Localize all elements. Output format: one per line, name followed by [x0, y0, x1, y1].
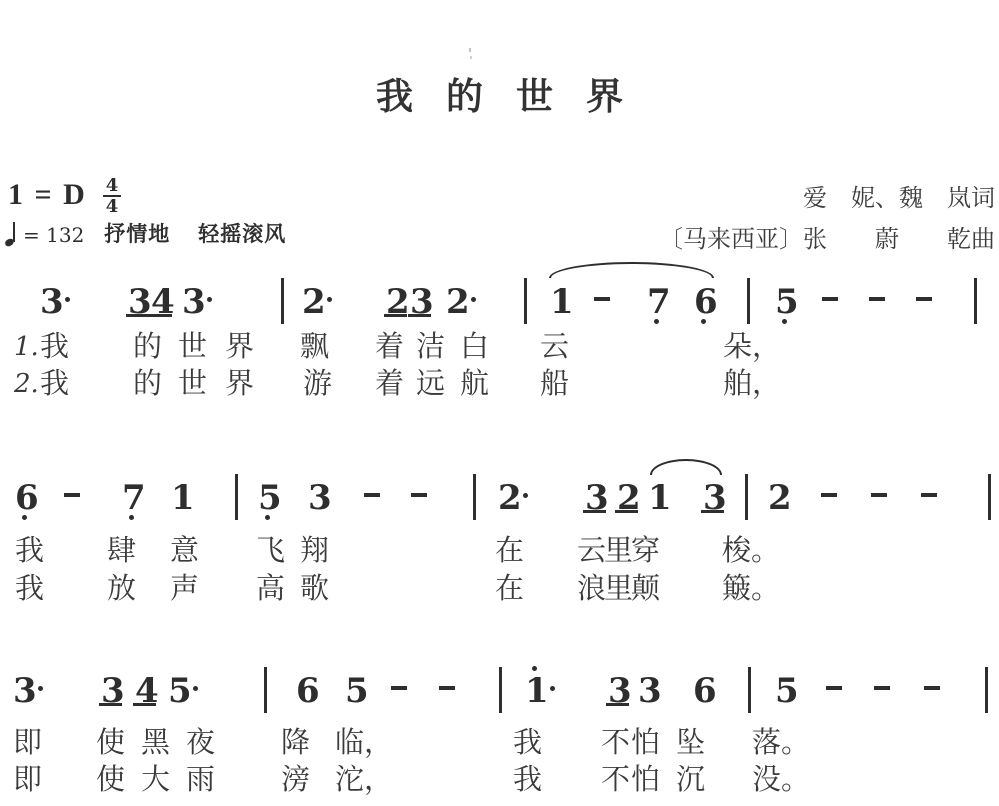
lyric-word: 云 [540, 332, 569, 362]
note-6: 6 [694, 284, 716, 322]
lyric-word: 夜 [186, 728, 215, 758]
quarter-note-icon [5, 221, 17, 247]
lyric-word: 穿 [631, 536, 660, 566]
lyric-word: 飞 [256, 536, 285, 566]
lyric-word: 降 [281, 728, 310, 758]
lyric-word: 颠 [631, 574, 660, 604]
barline [473, 474, 476, 520]
lyric-word: 肆 [107, 536, 136, 566]
lyric-word: 放 [107, 574, 136, 604]
note-digit: 3 [182, 282, 206, 322]
eighth-underline [583, 510, 606, 513]
note-digit: 5 [345, 671, 369, 711]
augmentation-dot [471, 297, 476, 302]
note-1: 1 [648, 480, 670, 518]
lyric-word: 着 [375, 369, 404, 399]
eighth-underline [615, 510, 638, 513]
octave-dot-low [129, 515, 134, 520]
lyric-word: 雨 [186, 765, 215, 795]
octave-dot-low [654, 319, 659, 324]
note-digit: 5 [775, 282, 799, 322]
lyric-word: 浪 [577, 574, 606, 604]
note-digit: 2 [302, 282, 326, 322]
note-6: 6 [693, 673, 715, 711]
barline [974, 278, 977, 324]
lyric-word: 的 [133, 332, 162, 362]
time-signature: 4 4 [103, 177, 122, 215]
lyric-word: 没。 [752, 765, 810, 795]
lyric-word: 2. [14, 369, 39, 399]
lyric-word: 1. [14, 332, 39, 362]
lyric-word: 远 [416, 369, 445, 399]
barline [988, 474, 991, 520]
note-digit: 3 [638, 671, 662, 711]
scan-artifact-mark [470, 56, 472, 59]
note-3: 3 [638, 673, 660, 711]
lyric-word: 大 [141, 765, 170, 795]
lyric-word: 声 [170, 574, 199, 604]
dash-extension [64, 493, 80, 497]
barline [281, 278, 284, 324]
lyric-word: 舶， [723, 369, 781, 399]
note-digit: 2 [498, 478, 522, 518]
lyric-word: 我 [513, 765, 542, 795]
dash-extension [821, 493, 837, 497]
lyric-word: 着 [375, 332, 404, 362]
lyricist-credit: 爱 妮、魏 岚词 [803, 185, 995, 213]
note-5: 5 [345, 673, 367, 711]
dash-extension [826, 686, 842, 690]
note-3: 3 [608, 673, 630, 711]
tempo-marking: = 132 抒情地 轻摇滚风 [5, 221, 286, 247]
lyric-word: 的 [133, 369, 162, 399]
key-text: 1 = D [8, 179, 87, 211]
note-2: 2 [302, 284, 324, 322]
lyric-word: 我 [40, 332, 69, 362]
note-digit: 6 [694, 282, 718, 322]
octave-dot-high [532, 666, 537, 671]
note-5: 5 [258, 480, 280, 518]
lyric-word: 世 [178, 332, 207, 362]
note-2: 2 [768, 480, 790, 518]
lyric-word: 使 [96, 765, 125, 795]
lyric-word: 朵， [723, 332, 781, 362]
note-digit: 1 [525, 671, 549, 711]
note-3: 3 [182, 284, 204, 322]
meter-numerator: 4 [103, 177, 122, 197]
lyric-word: 界 [225, 369, 254, 399]
lyric-word: 不 [601, 765, 630, 795]
dash-extension [364, 493, 380, 497]
augmentation-dot [207, 297, 212, 302]
note-3: 3 [585, 480, 607, 518]
lyric-word: 不 [601, 728, 630, 758]
lyric-word: 航 [460, 369, 489, 399]
scan-artifact-mark [469, 48, 471, 52]
note-digit: 5 [258, 478, 282, 518]
dash-extension [924, 686, 940, 690]
lyric-word: 云 [577, 536, 606, 566]
note-3: 3 [40, 284, 62, 322]
barline [524, 278, 527, 324]
lyric-word: 歌 [300, 574, 329, 604]
note-digit: 3 [40, 282, 64, 322]
eighth-underline [384, 314, 407, 317]
lyric-word: 我 [15, 536, 44, 566]
note-digit: 3 [13, 671, 37, 711]
song-title: 我的世界 [0, 66, 999, 120]
lyric-word: 在 [495, 574, 524, 604]
note-4: 4 [135, 673, 157, 711]
eighth-underline [606, 703, 629, 706]
dash-extension [874, 686, 890, 690]
note-6: 6 [296, 673, 318, 711]
note-digit: 6 [15, 478, 39, 518]
lyric-word: 里 [604, 536, 633, 566]
barline [985, 667, 988, 713]
eighth-underline [133, 703, 156, 706]
note-1: 1 [525, 673, 547, 711]
note-4: 4 [151, 284, 173, 322]
lyric-word: 我 [15, 574, 44, 604]
lyric-word: 即 [13, 728, 42, 758]
note-3: 3 [13, 673, 35, 711]
note-2: 2 [446, 284, 468, 322]
lyric-word: 沉 [676, 765, 705, 795]
lyric-word: 洁 [416, 332, 445, 362]
barline [747, 278, 750, 324]
lyric-word: 我 [40, 369, 69, 399]
note-5: 5 [775, 673, 797, 711]
lyric-word: 界 [225, 332, 254, 362]
note-digit: 5 [775, 671, 799, 711]
lyric-word: 世 [178, 369, 207, 399]
note-3: 3 [128, 284, 150, 322]
lyric-word: 使 [96, 728, 125, 758]
lyric-word: 我 [513, 728, 542, 758]
note-digit: 3 [308, 478, 332, 518]
lyric-word: 船 [540, 369, 569, 399]
augmentation-dot [38, 686, 43, 691]
note-2: 2 [386, 284, 408, 322]
note-digit: 1 [550, 282, 574, 322]
expression-text: 抒情地 [104, 221, 170, 247]
lyric-word: 沱， [335, 765, 393, 795]
augmentation-dot [65, 297, 70, 302]
note-6: 6 [15, 480, 37, 518]
lyric-word: 滂 [281, 765, 310, 795]
sheet-music-page: 我的世界 1 = D 4 4 = 132 抒情地 轻摇滚风 爱 妮、魏 岚词 〔… [0, 0, 999, 806]
lyric-word: 落。 [752, 728, 810, 758]
barline [745, 474, 748, 520]
lyric-word: 在 [495, 536, 524, 566]
eighth-underline [701, 510, 724, 513]
note-5: 5 [775, 284, 797, 322]
barline [499, 667, 502, 713]
dash-extension [391, 686, 407, 690]
note-7: 7 [122, 480, 144, 518]
lyric-word: 簸。 [722, 574, 780, 604]
octave-dot-low [265, 515, 270, 520]
lyric-word: 翔 [300, 536, 329, 566]
dash-extension [871, 493, 887, 497]
lyric-word: 即 [13, 765, 42, 795]
eighth-underline [149, 314, 172, 317]
composer-credit: 〔马来西亚〕张 蔚 乾曲 [659, 226, 995, 254]
lyric-word: 高 [256, 574, 285, 604]
note-digit: 2 [768, 478, 792, 518]
augmentation-dot [193, 686, 198, 691]
note-digit: 2 [446, 282, 470, 322]
note-5: 5 [168, 673, 190, 711]
note-digit: 6 [693, 671, 717, 711]
lyric-word: 临， [335, 728, 393, 758]
lyric-word: 游 [303, 369, 332, 399]
note-digit: 1 [171, 478, 195, 518]
note-digit: 5 [168, 671, 192, 711]
lyric-word: 怕 [631, 765, 660, 795]
barline [264, 667, 267, 713]
barline [748, 667, 751, 713]
lyric-word: 黑 [141, 728, 170, 758]
augmentation-dot [523, 493, 528, 498]
dash-extension [921, 493, 937, 497]
eighth-underline [99, 703, 122, 706]
dash-extension [411, 493, 427, 497]
octave-dot-low [782, 319, 787, 324]
note-digit: 1 [648, 478, 672, 518]
lyric-word: 白 [460, 332, 489, 362]
note-digit: 7 [122, 478, 146, 518]
lyric-word: 里 [604, 574, 633, 604]
lyric-word: 意 [170, 536, 199, 566]
augmentation-dot [550, 686, 555, 691]
tempo-value: = 132 [23, 223, 84, 247]
note-3: 3 [101, 673, 123, 711]
dash-extension [869, 297, 885, 301]
meter-denominator: 4 [106, 197, 119, 215]
slur-arc [650, 459, 722, 475]
note-7: 7 [647, 284, 669, 322]
note-3: 3 [703, 480, 725, 518]
barline [235, 474, 238, 520]
lyric-word: 飘 [300, 332, 329, 362]
note-digit: 6 [296, 671, 320, 711]
note-digit: 7 [647, 282, 671, 322]
lyric-word: 怕 [631, 728, 660, 758]
note-1: 1 [550, 284, 572, 322]
key-signature: 1 = D 4 4 [8, 179, 121, 215]
slur-arc [549, 262, 714, 278]
note-2: 2 [617, 480, 639, 518]
dash-extension [822, 297, 838, 301]
lyric-word: 梭。 [722, 536, 780, 566]
style-text: 轻摇滚风 [198, 221, 286, 247]
note-2: 2 [498, 480, 520, 518]
octave-dot-low [701, 319, 706, 324]
dash-extension [594, 297, 610, 301]
note-3: 3 [308, 480, 330, 518]
note-1: 1 [171, 480, 193, 518]
augmentation-dot [327, 297, 332, 302]
dash-extension [916, 297, 932, 301]
eighth-underline [126, 314, 149, 317]
eighth-underline [408, 314, 431, 317]
note-3: 3 [410, 284, 432, 322]
dash-extension [439, 686, 455, 690]
octave-dot-low [22, 515, 27, 520]
lyric-word: 坠 [676, 728, 705, 758]
